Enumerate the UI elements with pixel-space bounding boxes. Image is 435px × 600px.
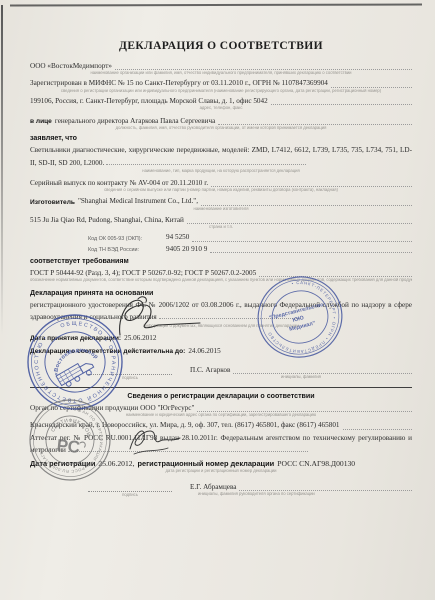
manufacturer-row: Изготовитель "Shanghai Medical Instrumen… (30, 197, 412, 212)
dotted-leader (106, 156, 306, 165)
declarant-address: 199106, Россия, г. Санкт-Петербург, площ… (30, 97, 268, 105)
registration-date-value: 25.06.2012, (98, 460, 134, 469)
signature-line-block: подпись (30, 365, 190, 381)
signature-caption: подпись (88, 493, 172, 498)
okp-code-label: Код ОК 005-93 (ОКП): (88, 236, 166, 242)
signature-caption: подпись (88, 376, 172, 381)
declarant-name-row: ООО «ВостокМедимпорт» наименование орган… (30, 61, 412, 76)
registration-date-caption: дата регистрации и регистрационный номер… (30, 469, 412, 474)
valid-until-row: Декларация о соответствии действительна … (30, 346, 412, 355)
cert-body-caption: наименование и юридический адрес органа … (30, 413, 412, 418)
valid-until-label: Декларация о соответствии действительна … (30, 348, 185, 355)
dotted-leader (115, 61, 412, 70)
okp-code-row: Код ОК 005-93 (ОКП): 94 5250 (88, 233, 412, 242)
signature-name-block: Е.Г. Абрамцева инициалы, фамилия руковод… (190, 482, 412, 498)
dotted-leader (211, 178, 412, 187)
adoption-date-label: Дата принятия декларации: (30, 335, 121, 342)
codes-block: Код ОК 005-93 (ОКП): 94 5250 Код ТН ВЭД … (88, 233, 412, 254)
signature-line-block: подпись (30, 482, 190, 498)
dotted-leader (68, 443, 308, 452)
dotted-leader (197, 403, 412, 412)
registration-number-label: регистрационный номер декларации (137, 459, 274, 468)
declarant-registration-row: Зарегистрирован в МИФНС № 15 по Санкт-Пе… (30, 79, 412, 94)
okp-code-value: 94 5250 (166, 233, 189, 241)
signature-name-block: П.С. Агарков инициалы, фамилия (190, 365, 412, 381)
attestat-row: Аттестат рег. № РОСС RU.0001.11АГ98 выда… (30, 433, 412, 456)
tnved-code-row: Код ТН ВЭД России: 9405 20 910 9 (88, 244, 412, 253)
registration-number-value: РОСС CN.АГ98.Д00130 (277, 460, 355, 469)
cert-body-address: Краснодарский край, г. Новороссийск, ул.… (30, 421, 340, 429)
serial-row: Серийный выпуск по контракту № AV-004 от… (30, 178, 412, 193)
signature-line (88, 482, 172, 492)
declarant-name-caption: наименование организации или фамилия, им… (30, 71, 412, 76)
tnved-code-label: Код ТН ВЭД России: (88, 247, 166, 253)
cert-body-name: Орган по сертификации продукции ООО "ЮгР… (30, 404, 194, 412)
standards-row: ГОСТ Р 50444-92 (Разд. 3, 4); ГОСТ Р 502… (30, 268, 412, 283)
dotted-leader (331, 79, 412, 88)
serial-caption: сведения о серийном выпуске или партии (… (30, 188, 412, 193)
manufacturer-caption: наименование изготовителя (30, 207, 412, 212)
dotted-leader (218, 116, 412, 125)
certifier-name-caption: инициалы, фамилия руководителя органа по… (198, 492, 412, 497)
representative-caption: должность, фамилия, имя, отчество руково… (30, 126, 412, 131)
certifier-name: Е.Г. Абрамцева (190, 483, 236, 491)
cert-body-row: Орган по сертификации продукции ООО "ЮгР… (30, 403, 412, 418)
adoption-date-row: Дата принятия декларации: 25.06.2012 (30, 333, 412, 342)
dotted-leader (201, 197, 412, 206)
basis-heading: Декларация принята на основании (30, 289, 412, 297)
standards-caption: обозначение нормативных документов, соот… (30, 278, 412, 283)
signature-line (88, 365, 172, 375)
product-caption: наименование, тип, марка продукции, на к… (30, 169, 412, 174)
document-body: ДЕКЛАРАЦИЯ О СООТВЕТСТВИИ ООО «ВостокМед… (30, 40, 412, 500)
signatory-name: П.С. Агарков (190, 366, 230, 374)
separator-line (30, 387, 412, 388)
standards-list: ГОСТ Р 50444-92 (Разд. 3, 4); ГОСТ Р 502… (30, 269, 256, 277)
basis-row: регистрационного удостоверения ФС № 2006… (30, 300, 412, 328)
basis-caption: информация о документах, являющихся осно… (30, 324, 412, 329)
registration-date-row: Дата регистрации 25.06.2012, регистрацио… (30, 459, 412, 468)
adoption-date-value: 25.06.2012 (124, 334, 156, 342)
serial-issue: Серийный выпуск по контракту № AV-004 от… (30, 179, 208, 187)
tnved-code-value: 9405 20 910 9 (166, 245, 207, 253)
dotted-leader (343, 421, 412, 430)
dotted-leader (259, 268, 412, 277)
dotted-leader (239, 482, 412, 491)
declarant-registration-caption: сведения о регистрации организации или и… (30, 89, 412, 94)
registration-section-heading: Сведения о регистрации декларации о соот… (30, 392, 412, 400)
dotted-leader (187, 215, 412, 224)
signature-row-certifier: подпись Е.Г. Абрамцева инициалы, фамилия… (30, 482, 412, 498)
declares-heading: заявляет, что (30, 134, 412, 142)
dotted-leader (233, 365, 412, 374)
representative-row: в лице генерального директора Агаркова П… (30, 116, 412, 131)
signature-row-declarant: подпись П.С. Агарков инициалы, фамилия (30, 365, 412, 381)
manufacturer-address: 515 Ju Jia Qiao Rd, Pudong, Shanghai, Ch… (30, 216, 184, 224)
dotted-leader (271, 96, 412, 105)
declarant-address-row: 199106, Россия, г. Санкт-Петербург, площ… (30, 96, 412, 111)
dotted-leader (192, 233, 412, 242)
declarant-registration: Зарегистрирован в МИФНС № 15 по Санкт-Пе… (30, 79, 328, 87)
valid-until-value: 24.06.2015 (188, 347, 220, 355)
scan-edge-artifact-top (10, 3, 422, 6)
document-title: ДЕКЛАРАЦИЯ О СООТВЕТСТВИИ (30, 40, 412, 52)
manufacturer-address-caption: страна и т.п. (30, 225, 412, 230)
conforms-heading: соответствует требованиям (30, 257, 412, 265)
signatory-name-caption: инициалы, фамилия (190, 375, 412, 380)
manufacturer-address-row: 515 Ju Jia Qiao Rd, Pudong, Shanghai, Ch… (30, 215, 412, 230)
cert-body-address-row: Краснодарский край, г. Новороссийск, ул.… (30, 421, 412, 430)
dotted-leader (210, 244, 412, 253)
declarant-address-caption: адрес, телефон, факс (30, 106, 412, 111)
registration-date-label: Дата регистрации (30, 459, 95, 468)
manufacturer-name: "Shanghai Medical Instrument Co., Ltd.", (78, 197, 198, 205)
manufacturer-label: Изготовитель (30, 199, 75, 206)
product-row: Светильники диагностические, хирургическ… (30, 145, 412, 173)
dotted-leader (159, 310, 299, 319)
scanned-declaration-page: ДЕКЛАРАЦИЯ О СООТВЕТСТВИИ ООО «ВостокМед… (0, 0, 435, 600)
representative-label: в лице (30, 118, 52, 125)
declarant-name: ООО «ВостокМедимпорт» (30, 62, 112, 70)
scan-edge-artifact-left (1, 5, 3, 335)
representative-name: генерального директора Агаркова Павла Се… (55, 117, 215, 125)
